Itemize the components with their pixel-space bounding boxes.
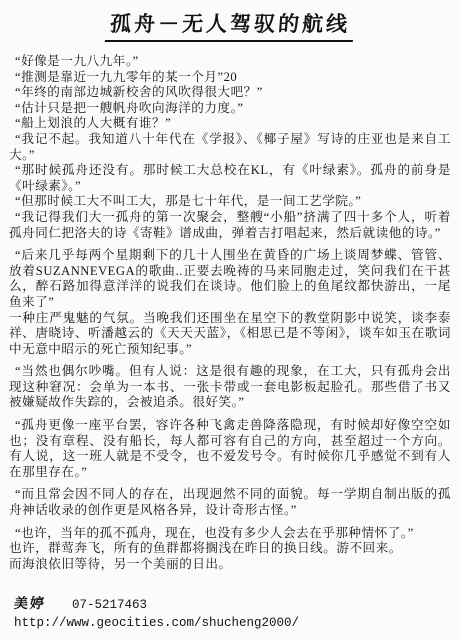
author-name: 美婷 <box>13 593 47 613</box>
phone-number: 07-5217463 <box>72 598 147 612</box>
paragraph: “但那时候工大不叫工大，那是七十年代，是一间工艺学院。” <box>9 194 451 210</box>
paragraph: “我记不起。我知道八十年代在《学报》、《椰子屋》写诗的庄亚也是来自工大。” <box>9 132 451 163</box>
footer-contact-line: 美婷 07-5217463 <box>14 593 299 613</box>
paragraph: “推测是靠近一九九零年的某一个月”20 <box>9 70 451 86</box>
paragraph: “好像是一九八九年。” <box>9 54 451 70</box>
paragraph: “那时候孤舟还没有。那时候工大总校在KL，有《叶绿素》。孤舟的前身是《叶绿素》。… <box>9 163 451 194</box>
paragraph: “而且常会因不同人的存在，出现迥然不同的面貌。每一学期自制出版的孤舟神话收录的创… <box>9 487 451 518</box>
document-title: 孤舟－无人驾驭的航线 <box>105 8 355 42</box>
paragraph: “我记得我们大一孤舟的第一次聚会，整艘“小船”挤满了四十多个人，听着孤舟同仁把洛… <box>9 210 451 241</box>
paragraph: “也许，当年的孤不孤舟，现在，也没有多少人会去在乎那种情怀了。” <box>9 526 451 542</box>
document-footer: 美婷 07-5217463 http://www.geocities.com/s… <box>14 593 299 630</box>
paragraph: “孤舟更像一座平台罢，容许各种飞禽走兽降落隐现，有时候却好像空空如也；没有章程、… <box>9 418 451 480</box>
paragraph: 一种庄严鬼魅的气氛。当晚我们还围坐在星空下的教堂阴影中说笑，谈李泰祥、唐晓诗、听… <box>9 311 451 358</box>
document-body: “好像是一九八九年。” “推测是靠近一九九零年的某一个月”20 “年终的南部边城… <box>9 54 451 572</box>
paragraph: “船上划浪的人大概有谁？” <box>9 116 451 132</box>
paragraph: 也许，群莺奔飞，所有的鱼群都将搁浅在昨日的换日线。游不回来。 <box>9 541 451 557</box>
paragraph: “当然也偶尔吵嘴。但有人说：这是很有趣的现象，在工大，只有孤舟会出现这种窘况：会… <box>9 364 451 411</box>
paragraph: 而海浪依旧等待，另一个美丽的日出。 <box>9 557 451 573</box>
website-url: http://www.geocities.com/shucheng2000/ <box>14 616 299 630</box>
paragraph: “估计只是把一艘帆舟吹向海洋的力度。” <box>9 101 451 117</box>
paragraph: “年终的南部边城新校舍的风吹得很大吧？” <box>9 85 451 101</box>
paragraph: “后来几乎每两个星期剩下的几十人围坐在黄昏的广场上谈周梦蝶、管管、放着SUZAN… <box>9 248 451 310</box>
scanned-document-page: 孤舟－无人驾驭的航线 “好像是一九八九年。” “推测是靠近一九九零年的某一个月”… <box>0 0 460 640</box>
title-wrap: 孤舟－无人驾驭的航线 <box>9 8 451 42</box>
